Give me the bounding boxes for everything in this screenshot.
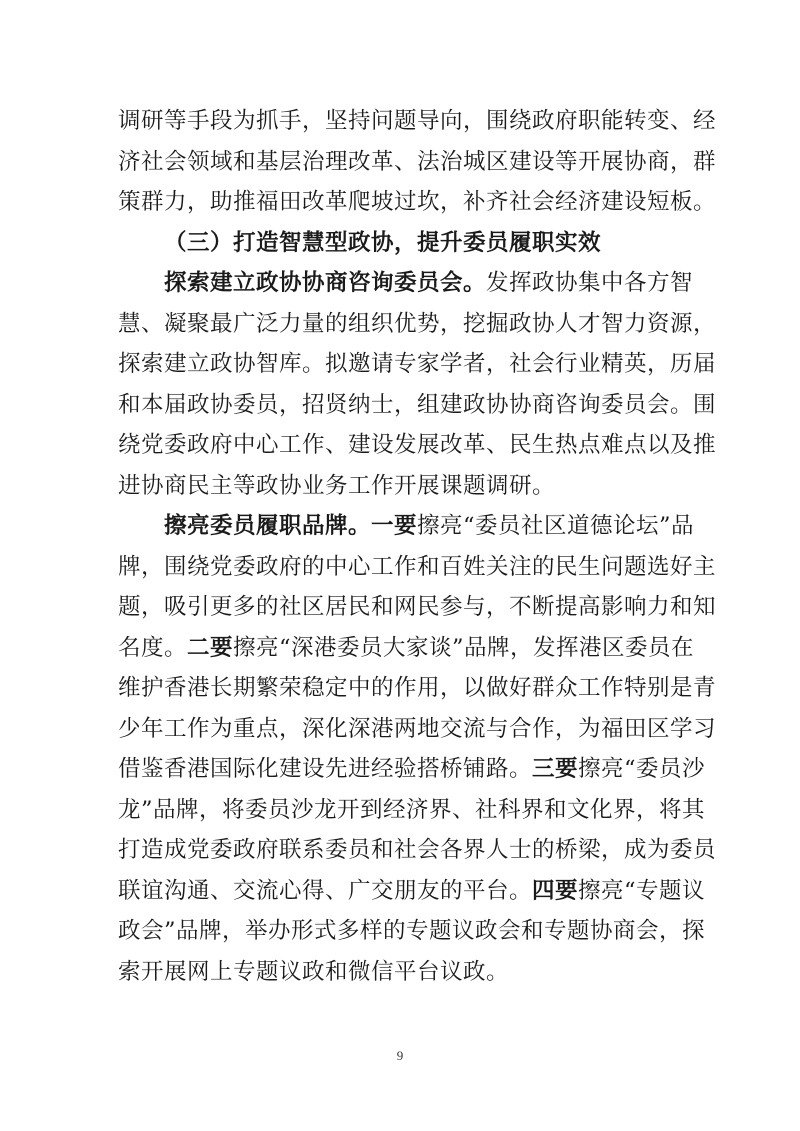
text-run: 探索建立政协智库。拟邀请专家学者，社会行业精英，历届 bbox=[118, 351, 716, 377]
bold-run: 二要 bbox=[187, 635, 233, 661]
text-line: 调研等手段为抓手，坚持问题导向，围绕政府职能转变、经 bbox=[118, 101, 690, 142]
text-line: 借鉴香港国际化建设先进经验搭桥铺路。三要擦亮“委员沙 bbox=[118, 749, 690, 790]
text-line: 牌，围绕党委政府的中心工作和百姓关注的民生问题选好主 bbox=[118, 547, 690, 588]
text-run: 发挥政协集中各方智 bbox=[486, 270, 693, 296]
text-run: 借鉴香港国际化建设先进经验搭桥铺路。 bbox=[118, 756, 532, 782]
text-run: 少年工作为重点，深化深港两地交流与合作，为福田区学习 bbox=[118, 716, 716, 742]
text-run: 策群力，助推福田改革爬坡过坎，补齐社会经济建设短板。 bbox=[118, 189, 716, 215]
text-run: 索开展网上专题议政和微信平台议政。 bbox=[118, 959, 509, 985]
text-line: 打造成党委政府联系委员和社会各界人士的桥梁，成为委员 bbox=[118, 830, 690, 871]
text-run: 政会”品牌，举办形式多样的专题议政会和专题协商会，探 bbox=[118, 918, 705, 944]
text-line: 龙”品牌，将委员沙龙开到经济界、社科界和文化界，将其 bbox=[118, 790, 690, 831]
text-run: 擦亮“专题议 bbox=[578, 878, 705, 904]
text-line: 维护香港长期繁荣稳定中的作用，以做好群众工作特别是青 bbox=[118, 668, 690, 709]
text-run: 擦亮“深港委员大家谈”品牌，发挥港区委员在 bbox=[233, 635, 694, 661]
bold-run: 一要 bbox=[371, 513, 417, 539]
text-run: 擦亮“委员社区道德论坛”品 bbox=[417, 513, 694, 539]
text-run: 绕党委政府中心工作、建设发展改革、民生热点难点以及推 bbox=[118, 432, 716, 458]
section-heading: （三）打造智慧型政协，提升委员履职实效 bbox=[118, 223, 690, 264]
text-run: 擦亮“委员沙 bbox=[578, 756, 705, 782]
text-line: 进协商民主等政协业务工作开展课题调研。 bbox=[118, 466, 690, 507]
text-line: 联谊沟通、交流心得、广交朋友的平台。四要擦亮“专题议 bbox=[118, 871, 690, 912]
bold-run: 三要 bbox=[532, 756, 578, 782]
text-line: 和本届政协委员，招贤纳士，组建政协协商咨询委员会。围 bbox=[118, 385, 690, 426]
text-line: 政会”品牌，举办形式多样的专题议政会和专题协商会，探 bbox=[118, 911, 690, 952]
text-line: 少年工作为重点，深化深港两地交流与合作，为福田区学习 bbox=[118, 709, 690, 750]
text-line: 慧、凝聚最广泛力量的组织优势，挖掘政协人才智力资源， bbox=[118, 304, 690, 345]
text-line: 济社会领域和基层治理改革、法治城区建设等开展协商，群 bbox=[118, 142, 690, 183]
bold-run: 探索建立政协协商咨询委员会。 bbox=[164, 270, 486, 296]
bold-run: 四要 bbox=[532, 878, 578, 904]
text-run: 牌，围绕党委政府的中心工作和百姓关注的民生问题选好主 bbox=[118, 554, 716, 580]
text-line: 索开展网上专题议政和微信平台议政。 bbox=[118, 952, 690, 993]
document-page: 调研等手段为抓手，坚持问题导向，围绕政府职能转变、经济社会领域和基层治理改革、法… bbox=[118, 101, 690, 992]
text-run: 联谊沟通、交流心得、广交朋友的平台。 bbox=[118, 878, 532, 904]
text-run: 题，吸引更多的社区居民和网民参与，不断提高影响力和知 bbox=[118, 594, 716, 620]
page-number: 9 bbox=[0, 1048, 800, 1064]
text-line: 题，吸引更多的社区居民和网民参与，不断提高影响力和知 bbox=[118, 587, 690, 628]
text-run: 打造成党委政府联系委员和社会各界人士的桥梁，成为委员 bbox=[118, 837, 716, 863]
text-run: 和本届政协委员，招贤纳士，组建政协协商咨询委员会。围 bbox=[118, 392, 716, 418]
text-line: 探索建立政协协商咨询委员会。发挥政协集中各方智 bbox=[118, 263, 690, 304]
text-line: 绕党委政府中心工作、建设发展改革、民生热点难点以及推 bbox=[118, 425, 690, 466]
text-run: 维护香港长期繁荣稳定中的作用，以做好群众工作特别是青 bbox=[118, 675, 716, 701]
bold-run: （三）打造智慧型政协，提升委员履职实效 bbox=[164, 230, 601, 256]
text-line: 擦亮委员履职品牌。一要擦亮“委员社区道德论坛”品 bbox=[118, 506, 690, 547]
text-run: 济社会领域和基层治理改革、法治城区建设等开展协商，群 bbox=[118, 149, 716, 175]
text-line: 探索建立政协智库。拟邀请专家学者，社会行业精英，历届 bbox=[118, 344, 690, 385]
text-run: 龙”品牌，将委员沙龙开到经济界、社科界和文化界，将其 bbox=[118, 797, 705, 823]
bold-run: 擦亮委员履职品牌。 bbox=[164, 513, 371, 539]
text-line: 名度。二要擦亮“深港委员大家谈”品牌，发挥港区委员在 bbox=[118, 628, 690, 669]
text-run: 调研等手段为抓手，坚持问题导向，围绕政府职能转变、经 bbox=[118, 108, 716, 134]
text-run: 进协商民主等政协业务工作开展课题调研。 bbox=[118, 473, 555, 499]
text-run: 名度。 bbox=[118, 635, 187, 661]
text-line: 策群力，助推福田改革爬坡过坎，补齐社会经济建设短板。 bbox=[118, 182, 690, 223]
text-run: 慧、凝聚最广泛力量的组织优势，挖掘政协人才智力资源， bbox=[118, 311, 716, 337]
